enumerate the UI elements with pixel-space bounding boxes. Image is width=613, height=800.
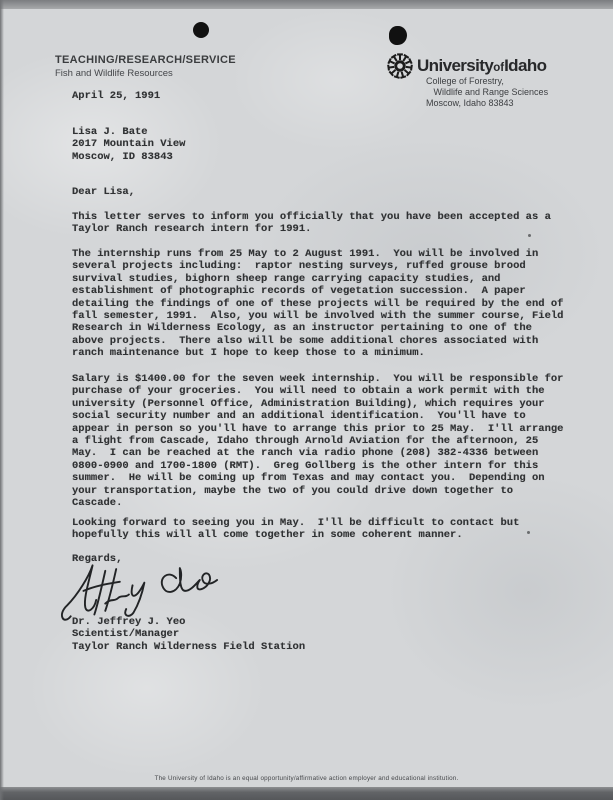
body-paragraph-1: This letter serves to inform you officia… (72, 211, 551, 236)
university-sun-logo-icon (383, 49, 417, 88)
recipient-address-block: Lisa J. Bate 2017 Mountain View Moscow, … (72, 126, 185, 163)
scan-edge-top (0, 0, 613, 9)
body-paragraph-2: The internship runs from 25 May to 2 Aug… (72, 248, 563, 360)
scan-edge-bottom (0, 787, 613, 800)
wordmark-of: of (493, 62, 504, 74)
scanned-letter-page: TEACHING/RESEARCH/SERVICE Fish and Wildl… (0, 0, 613, 800)
signer-block: Dr. Jeffrey J. Yeo Scientist/Manager Tay… (72, 616, 305, 653)
salutation: Dear Lisa, (72, 186, 135, 198)
letterhead-department: Fish and Wildlife Resources (55, 68, 173, 79)
body-paragraph-3: Salary is $1400.00 for the seven week in… (72, 373, 563, 509)
body-paragraph-4: Looking forward to seeing you in May. I'… (72, 517, 519, 542)
letter-date: April 25, 1991 (72, 90, 160, 102)
university-wordmark: UniversityofIdaho (417, 56, 546, 76)
footer-disclaimer: The University of Idaho is an equal oppo… (0, 775, 613, 782)
college-address-block: College of Forestry, Wildlife and Range … (426, 76, 548, 108)
hole-punch-dot-left (193, 22, 209, 38)
wordmark-university: University (417, 56, 493, 75)
letterhead-program: TEACHING/RESEARCH/SERVICE (55, 54, 236, 66)
scan-speck (527, 531, 530, 534)
wordmark-idaho: Idaho (504, 56, 546, 75)
scan-edge-left (0, 0, 4, 800)
